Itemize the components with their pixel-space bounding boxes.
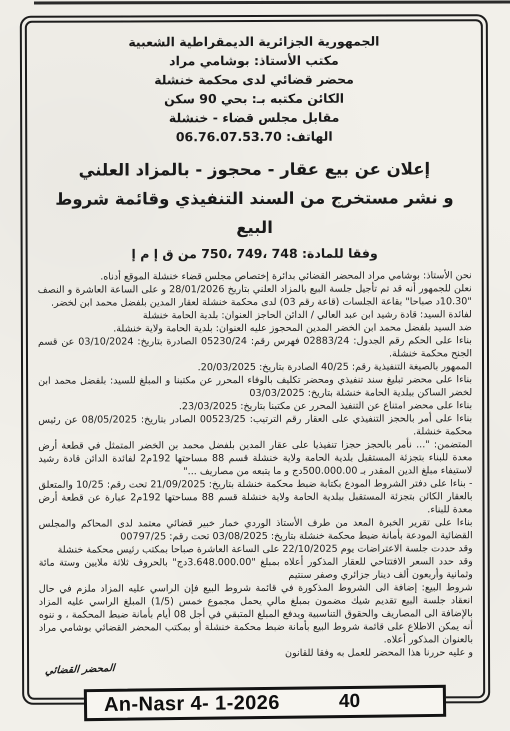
notice-paragraph: - بناءا على دفتر الشروط المودع بكتابة ضب…	[38, 477, 472, 518]
office-header-line: الهاتف: 06.76.07.53.70	[37, 126, 471, 147]
notice-paragraph: بناءا على الحكم رقم الجدول: 02883/24 فهر…	[38, 334, 472, 362]
notice-title-line2: و نشر مستخرج من السند التنفيذي وقائمة شر…	[37, 183, 471, 243]
page-top-rule	[34, 1, 510, 5]
office-header-line: محضر قضائي لدى محكمة خنشلة	[37, 69, 471, 90]
notice-paragraph: نعلن للجمهور أنه قد تم تأجيل جلسة البيع …	[38, 282, 472, 310]
newspaper-footer: An-Nasr 4- 1-2026 40	[84, 685, 446, 721]
notice-title-line1: إعلان عن بيع عقار - محجوز - بالمزاد العل…	[37, 154, 471, 185]
notice-frame: الجمهورية الجزائرية الديمقراطية الشعبية …	[20, 14, 490, 705]
office-header-line: مقابل مجلس قضاء - خنشلة	[37, 107, 471, 128]
notice-paragraph: بناءا على محضر تبليغ سند تنفيذي ومحضر تك…	[38, 373, 472, 401]
notice-body: نحن الأستاذ: بوشامي مراد المحضر القضائي …	[38, 269, 473, 661]
scanned-newspaper-clipping: الجمهورية الجزائرية الديمقراطية الشعبية …	[0, 0, 510, 731]
office-header-line: مكتب الأستاذ: بوشامي مراد	[37, 50, 471, 71]
notice-paragraph: المتضمن: "... نأمر بالحجز حجزا تنفيذيا ع…	[38, 438, 472, 479]
notice-title-articles: وفقا للمادة: 748 ،749 ،750 من ق إ م إ	[38, 241, 472, 266]
notice-paragraph: بناءا على تقرير الخبرة المعد من طرف الأس…	[39, 516, 473, 544]
notice-paragraph: شروط البيع: إضافة الى الشروط المذكورة في…	[39, 581, 473, 648]
bailiff-office-header: الجمهورية الجزائرية الديمقراطية الشعبية …	[37, 31, 471, 147]
notice-frame-inner: الجمهورية الجزائرية الديمقراطية الشعبية …	[25, 19, 485, 700]
newspaper-name-date: An-Nasr 4- 1-2026	[104, 691, 280, 716]
office-header-line: الجمهورية الجزائرية الديمقراطية الشعبية	[37, 31, 471, 52]
notice-paragraph: وقد حدد السعر الافتتاحي للعقار المذكور أ…	[39, 555, 473, 583]
office-header-line: الكائن مكتبه بـ: بحي 90 سكن	[37, 88, 471, 109]
newspaper-page-number: 40	[339, 691, 360, 713]
notice-paragraph: بناءا على أمر بالحجز التنفيذي على العقار…	[38, 412, 472, 440]
notice-title-block: إعلان عن بيع عقار - محجوز - بالمزاد العل…	[37, 154, 471, 266]
